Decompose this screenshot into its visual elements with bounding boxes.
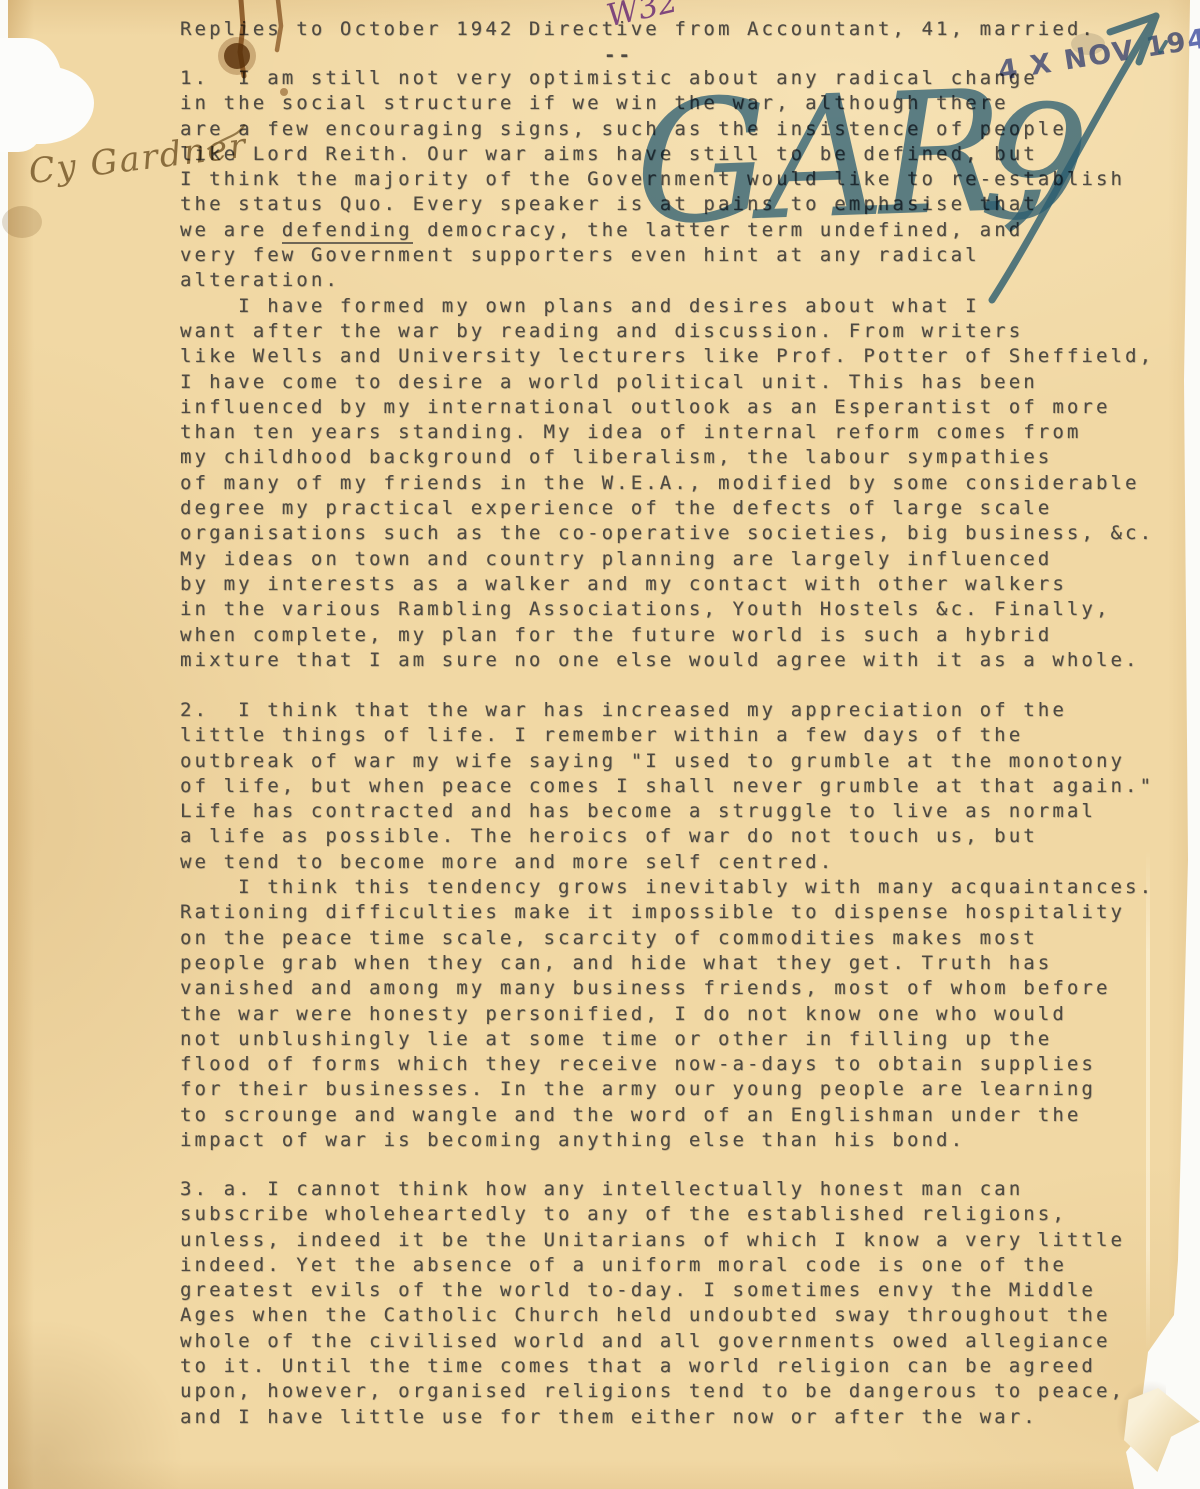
typed-line: and I have little use for them either no…	[180, 1405, 1125, 1430]
typed-line: Ages when the Catholic Church held undou…	[180, 1303, 1125, 1328]
typed-line: indeed. Yet the absence of a uniform mor…	[180, 1253, 1125, 1278]
typed-line: people grab when they can, and hide what…	[180, 951, 1154, 976]
scanned-document: { "colors":{ "paper":"#f1d8a4", "typewri…	[0, 0, 1200, 1489]
typed-line: the status Quo. Every speaker is at pain…	[180, 192, 1154, 217]
typed-line: Life has contracted and has become a str…	[180, 799, 1154, 824]
typed-line: organisations such as the co-operative s…	[180, 521, 1154, 546]
typed-line: subscribe wholeheartedly to any of the e…	[180, 1202, 1125, 1227]
typed-line: little things of life. I remember within…	[180, 723, 1154, 748]
typed-line: like Lord Reith. Our war aims have still…	[180, 142, 1154, 167]
typed-paragraph-3: 3. a. I cannot think how any intellectua…	[180, 1177, 1125, 1430]
typed-line: on the peace time scale, scarcity of com…	[180, 926, 1154, 951]
typed-line: whole of the civilised world and all gov…	[180, 1329, 1125, 1354]
typed-line: the war were honesty personified, I do n…	[180, 1002, 1154, 1027]
typed-line: in the various Rambling Associations, Yo…	[180, 597, 1154, 622]
typed-line: 2. I think that the war has increased my…	[180, 698, 1154, 723]
typed-line: not unblushingly lie at some time or oth…	[180, 1027, 1154, 1052]
typed-line: impact of war is becoming anything else …	[180, 1128, 1154, 1153]
typed-line: when complete, my plan for the future wo…	[180, 623, 1154, 648]
typed-line: 1. I am still not very optimistic about …	[180, 66, 1154, 91]
underlined-word: defending	[282, 219, 413, 244]
typed-line: influenced by my international outlook a…	[180, 395, 1154, 420]
typed-line: very few Government supporters even hint…	[180, 243, 1154, 268]
typed-line: I have come to desire a world political …	[180, 370, 1154, 395]
header-dash: --	[604, 43, 633, 68]
typed-line: for their businesses. In the army our yo…	[180, 1077, 1154, 1102]
typed-line: of life, but when peace comes I shall ne…	[180, 774, 1154, 799]
typed-line: to it. Until the time comes that a world…	[180, 1354, 1125, 1379]
typed-line: flood of forms which they receive now-a-…	[180, 1052, 1154, 1077]
typed-line: upon, however, organised religions tend …	[180, 1379, 1125, 1404]
typed-paragraph-2: 2. I think that the war has increased my…	[180, 698, 1154, 1153]
typed-line: My ideas on town and country planning ar…	[180, 547, 1154, 572]
folded-corner	[1124, 1388, 1200, 1472]
typed-line: alteration.	[180, 268, 1154, 293]
typed-line: in the social structure if we win the wa…	[180, 91, 1154, 116]
typed-line: I think the majority of the Government w…	[180, 167, 1154, 192]
typed-line: degree my practical experience of the de…	[180, 496, 1154, 521]
typed-line: want after the war by reading and discus…	[180, 319, 1154, 344]
typed-line: by my interests as a walker and my conta…	[180, 572, 1154, 597]
typed-line: greatest evils of the world to-day. I so…	[180, 1278, 1125, 1303]
typed-line: like Wells and University lecturers like…	[180, 344, 1154, 369]
typed-line: unless, indeed it be the Unitarians of w…	[180, 1228, 1125, 1253]
typed-line: a life as possible. The heroics of war d…	[180, 824, 1154, 849]
typed-line: vanished and among my many business frie…	[180, 976, 1154, 1001]
typed-line: we tend to become more and more self cen…	[180, 850, 1154, 875]
typed-line: my childhood background of liberalism, t…	[180, 445, 1154, 470]
typed-line: I have formed my own plans and desires a…	[180, 294, 1154, 319]
typed-line: are a few encouraging signs, such as the…	[180, 117, 1154, 142]
typed-line: than ten years standing. My idea of inte…	[180, 420, 1154, 445]
typed-line: I think this tendency grows inevitably w…	[180, 875, 1154, 900]
typed-line: mixture that I am sure no one else would…	[180, 648, 1154, 673]
typed-line: of many of my friends in the W.E.A., mod…	[180, 471, 1154, 496]
typed-line: 3. a. I cannot think how any intellectua…	[180, 1177, 1125, 1202]
typed-line: to scrounge and wangle and the word of a…	[180, 1103, 1154, 1128]
typed-paragraph-1: 1. I am still not very optimistic about …	[180, 66, 1154, 673]
typed-line: outbreak of war my wife saying "I used t…	[180, 749, 1154, 774]
typed-header: Replies to October 1942 Directive from A…	[180, 17, 1096, 42]
typed-line: we are defending democracy, the latter t…	[180, 218, 1154, 243]
typed-line: Rationing difficulties make it impossibl…	[180, 900, 1154, 925]
